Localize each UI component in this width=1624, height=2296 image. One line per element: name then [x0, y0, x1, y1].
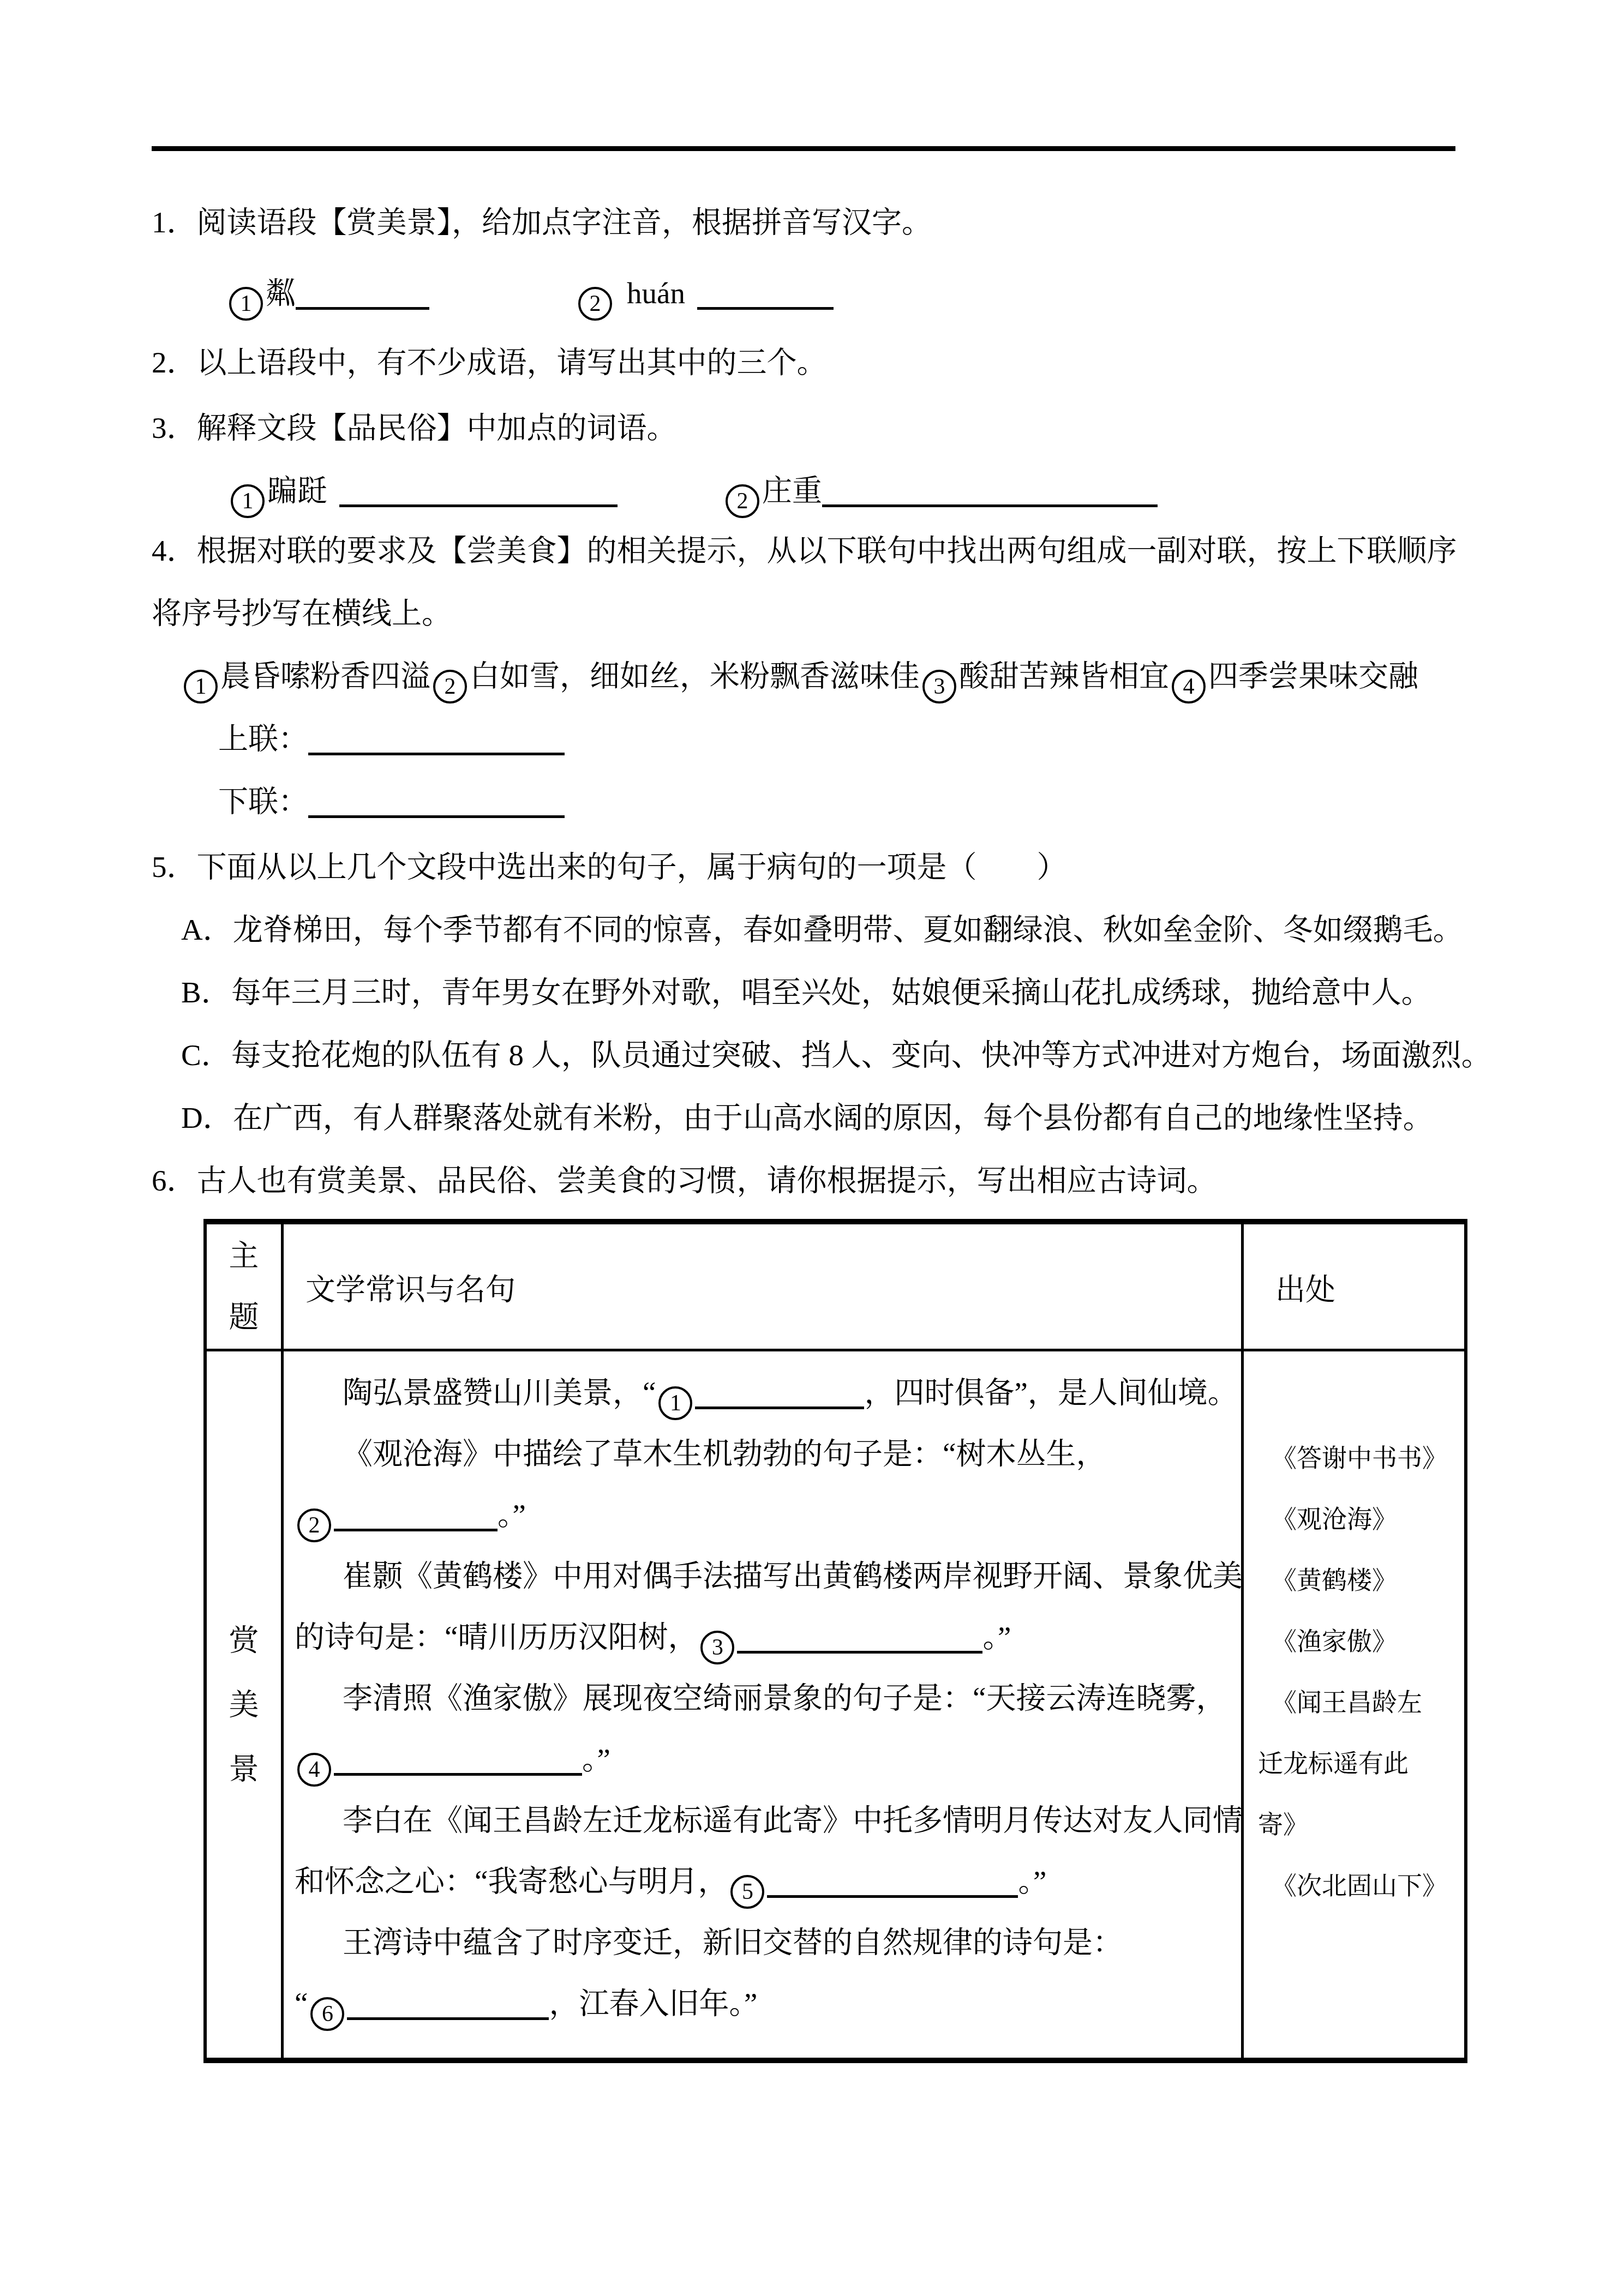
- table-header-theme: 主题: [229, 1225, 259, 1348]
- question-5-number: 5．: [152, 850, 197, 883]
- question-5-option-d: D．在广西，有人群聚落处就有米粉，由于山高水阔的原因，每个县份都有自己的地缘性坚…: [181, 1099, 1433, 1137]
- table-header-content-cell: 文学常识与名句: [284, 1224, 1244, 1351]
- table-theme-label: 赏美景: [229, 1608, 259, 1801]
- table-content-cell: 陶弘景盛赞山川美景，“1，四时俱备”，是人间仙境。 《观沧海》中描绘了草木生机勃…: [284, 1351, 1244, 2058]
- line-text: 李白在《闻王昌龄左迁龙标遥有此寄》中托多情明月传达对友人同情: [343, 1804, 1243, 1837]
- circled-1-icon: 1: [229, 287, 263, 321]
- table-line: 4。”: [295, 1729, 1232, 1790]
- circled-4-icon: 4: [297, 1753, 331, 1787]
- question-3: 3．解释文段【品民俗】中加点的词语。: [152, 409, 677, 447]
- answer-blank: [822, 504, 1158, 507]
- answer-blank: [695, 1407, 864, 1409]
- answer-blank: [697, 307, 834, 310]
- circled-2-icon: 2: [433, 670, 467, 704]
- answer-blank: [767, 1895, 1018, 1898]
- question-1-item-1-word: 粼: [266, 277, 296, 310]
- table-line: 李清照《渔家傲》展现夜空绮丽景象的句子是：“天接云涛连晓雾，: [295, 1668, 1232, 1729]
- table-line: 《观沧海》中描绘了草木生机勃勃的句子是：“树木丛生，: [295, 1423, 1232, 1484]
- couplet-upper-label: 上联：: [218, 722, 308, 755]
- line-text: 和怀念之心：“我寄愁心与明月，: [295, 1865, 728, 1898]
- option-c-label: C．: [181, 1038, 231, 1072]
- answer-blank: [339, 504, 618, 507]
- question-1: 1．阅读语段【赏美景】，给加点字注音，根据拼音写汉字。: [152, 203, 932, 242]
- header-rule: [152, 146, 1455, 151]
- answer-blank: [737, 1651, 982, 1654]
- line-text: “: [295, 1987, 308, 2020]
- answer-blank: [347, 2017, 549, 2020]
- question-2-number: 2．: [152, 346, 197, 379]
- question-5-option-c: C．每支抢花炮的队伍有 8 人，队员通过突破、挡人、变向、快冲等方式冲进对方炮台…: [181, 1036, 1491, 1074]
- question-4-text: 根据对联的要求及【尝美食】的相关提示，从以下联句中找出两句组成一副对联，按上下联…: [197, 534, 1457, 567]
- table-header-source-cell: 出处: [1244, 1224, 1464, 1351]
- table-line: 王湾诗中蕴含了时序变迁，新旧交替的自然规律的诗句是：: [295, 1912, 1232, 1973]
- line-text: 。”: [1018, 1865, 1046, 1898]
- question-1-text: 阅读语段【赏美景】，给加点字注音，根据拼音写汉字。: [197, 206, 932, 239]
- table-line: 陶弘景盛赞山川美景，“1，四时俱备”，是人间仙境。: [295, 1362, 1232, 1423]
- line-text: 陶弘景盛赞山川美景，“: [343, 1376, 656, 1409]
- line-text: ，江春入旧年。”: [549, 1987, 757, 2020]
- source-title-continued: 寄》: [1258, 1794, 1461, 1855]
- table-line: 2。”: [295, 1484, 1232, 1546]
- answer-blank: [334, 1773, 582, 1776]
- source-title: 《观沧海》: [1258, 1489, 1461, 1550]
- line-text: 李清照《渔家傲》展现夜空绮丽景象的句子是：“天接云涛连晓雾，: [343, 1681, 1226, 1715]
- line-text: ，四时俱备”，是人间仙境。: [864, 1376, 1237, 1409]
- answer-blank: [308, 815, 565, 818]
- question-1-item-2: 2huán: [576, 274, 834, 321]
- circled-1-icon: 1: [184, 670, 218, 704]
- question-3-text: 解释文段【品民俗】中加点的词语。: [197, 411, 677, 444]
- answer-blank: [334, 1529, 498, 1531]
- table-header-source: 出处: [1275, 1265, 1335, 1308]
- couplet-option-4: 四季尝果味交融: [1208, 659, 1418, 693]
- option-a-text: 龙脊梯田，每个季节都有不同的惊喜，春如叠明带、夏如翻绿浪、秋如垒金阶、冬如缀鹅毛…: [233, 913, 1463, 946]
- question-6: 6．古人也有赏美景、品民俗、尝美食的习惯，请你根据提示，写出相应古诗词。: [152, 1162, 1217, 1200]
- poetry-table: 主题 文学常识与名句 出处 赏美景 陶弘景盛赞山川美景，“1，四时俱备”，是人间…: [203, 1219, 1467, 2063]
- question-2: 2．以上语段中，有不少成语，请写出其中的三个。: [152, 344, 827, 382]
- couplet-lower-line: 下联：: [218, 783, 565, 821]
- line-text: 王湾诗中蕴含了时序变迁，新旧交替的自然规律的诗句是：: [343, 1926, 1123, 1959]
- question-3-item-1-word: 蹁跹: [267, 474, 327, 507]
- option-d-text: 在广西，有人群聚落处就有米粉，由于山高水阔的原因，每个县份都有自己的地缘性坚持。: [233, 1101, 1433, 1134]
- option-c-text: 每支抢花炮的队伍有 8 人，队员通过突破、挡人、变向、快冲等方式冲进对方炮台，场…: [231, 1038, 1491, 1072]
- circled-6-icon: 6: [310, 1997, 344, 2031]
- table-header-theme-cell: 主题: [207, 1224, 284, 1351]
- question-1-item-1: 1粼: [226, 274, 429, 321]
- question-2-text: 以上语段中，有不少成语，请写出其中的三个。: [197, 346, 827, 379]
- table-line: 和怀念之心：“我寄愁心与明月，5。”: [295, 1851, 1232, 1912]
- question-3-item-1: 1蹁跹: [228, 472, 618, 518]
- line-text: 《观沧海》中描绘了草木生机勃勃的句子是：“树木丛生，: [343, 1437, 1106, 1470]
- question-5: 5．下面从以上几个文段中选出来的句子，属于病句的一项是（ ）: [152, 848, 1067, 886]
- question-1-item-2-word: huán: [627, 277, 685, 310]
- couplet-option-2: 白如雪，细如丝，米粉飘香滋味佳: [470, 659, 920, 693]
- circled-3-icon: 3: [922, 670, 956, 704]
- couplet-lower-label: 下联：: [218, 785, 308, 818]
- question-4-options: 1晨昏嗦粉香四溢2白如雪，细如丝，米粉飘香滋味佳3酸甜苦辣皆相宜4四季尝果味交融: [181, 657, 1418, 704]
- table-source-cell: 《答谢中书书》 《观沧海》 《黄鹤楼》 《渔家傲》 《闻王昌龄左 迁龙标遥有此 …: [1244, 1351, 1464, 2058]
- table-line: 的诗句是：“晴川历历汉阳树，3。”: [295, 1607, 1232, 1668]
- table-header-content: 文学常识与名句: [305, 1265, 516, 1308]
- source-title: 《渔家傲》: [1258, 1611, 1461, 1672]
- option-b-text: 每年三月三时，青年男女在野外对歌，唱至兴处，姑娘便采摘山花扎成绣球，抛给意中人。: [231, 976, 1431, 1009]
- option-d-label: D．: [181, 1101, 233, 1134]
- table-theme-cell: 赏美景: [207, 1351, 284, 2058]
- source-title: 《答谢中书书》: [1258, 1428, 1461, 1489]
- table-line: “6，江春入旧年。”: [295, 1973, 1232, 2034]
- source-title: 《黄鹤楼》: [1258, 1550, 1461, 1611]
- couplet-upper-line: 上联：: [218, 720, 565, 758]
- circled-2-icon: 2: [726, 484, 759, 518]
- question-6-text: 古人也有赏美景、品民俗、尝美食的习惯，请你根据提示，写出相应古诗词。: [197, 1164, 1217, 1197]
- source-title: 《闻王昌龄左: [1258, 1672, 1461, 1733]
- question-3-item-2-word: 庄重: [762, 474, 822, 507]
- table-line: 崔颢《黄鹤楼》中用对偶手法描写出黄鹤楼两岸视野开阔、景象优美: [295, 1546, 1232, 1607]
- line-text: 。”: [498, 1498, 526, 1531]
- line-text: 的诗句是：“晴川历历汉阳树，: [295, 1620, 698, 1654]
- question-4-line-2: 将序号抄写在横线上。: [152, 594, 452, 633]
- couplet-option-3: 酸甜苦辣皆相宜: [959, 659, 1169, 693]
- circled-1-icon: 1: [231, 484, 265, 518]
- question-4-text-continued: 将序号抄写在横线上。: [152, 597, 452, 630]
- source-title: 《次北固山下》: [1258, 1855, 1461, 1916]
- couplet-option-1: 晨昏嗦粉香四溢: [220, 659, 430, 693]
- answer-blank: [308, 753, 565, 755]
- line-text: 崔颢《黄鹤楼》中用对偶手法描写出黄鹤楼两岸视野开阔、景象优美: [343, 1559, 1243, 1592]
- circled-5-icon: 5: [730, 1875, 764, 1909]
- circled-2-icon: 2: [297, 1508, 331, 1542]
- question-3-number: 3．: [152, 411, 197, 444]
- question-5-text: 下面从以上几个文段中选出来的句子，属于病句的一项是（ ）: [197, 850, 1067, 883]
- circled-1-icon: 1: [658, 1386, 692, 1420]
- question-5-option-b: B．每年三月三时，青年男女在野外对歌，唱至兴处，姑娘便采摘山花扎成绣球，抛给意中…: [181, 973, 1431, 1012]
- option-b-label: B．: [181, 976, 231, 1009]
- question-6-number: 6．: [152, 1164, 197, 1197]
- line-text: 。”: [582, 1742, 610, 1776]
- source-title-continued: 迁龙标遥有此: [1258, 1733, 1461, 1794]
- question-3-item-2: 2庄重: [723, 472, 1158, 518]
- question-4-number: 4．: [152, 534, 197, 567]
- question-5-option-a: A．龙脊梯田，每个季节都有不同的惊喜，春如叠明带、夏如翻绿浪、秋如垒金阶、冬如缀…: [181, 911, 1463, 949]
- line-text: 。”: [982, 1620, 1011, 1654]
- circled-2-icon: 2: [578, 287, 612, 321]
- question-1-number: 1．: [152, 206, 197, 239]
- answer-blank: [296, 307, 429, 310]
- question-4-line-1: 4．根据对联的要求及【尝美食】的相关提示，从以下联句中找出两句组成一副对联，按上…: [152, 532, 1457, 570]
- circled-3-icon: 3: [700, 1631, 734, 1664]
- table-line: 李白在《闻王昌龄左迁龙标遥有此寄》中托多情明月传达对友人同情: [295, 1790, 1232, 1851]
- circled-4-icon: 4: [1172, 670, 1206, 704]
- option-a-label: A．: [181, 913, 233, 946]
